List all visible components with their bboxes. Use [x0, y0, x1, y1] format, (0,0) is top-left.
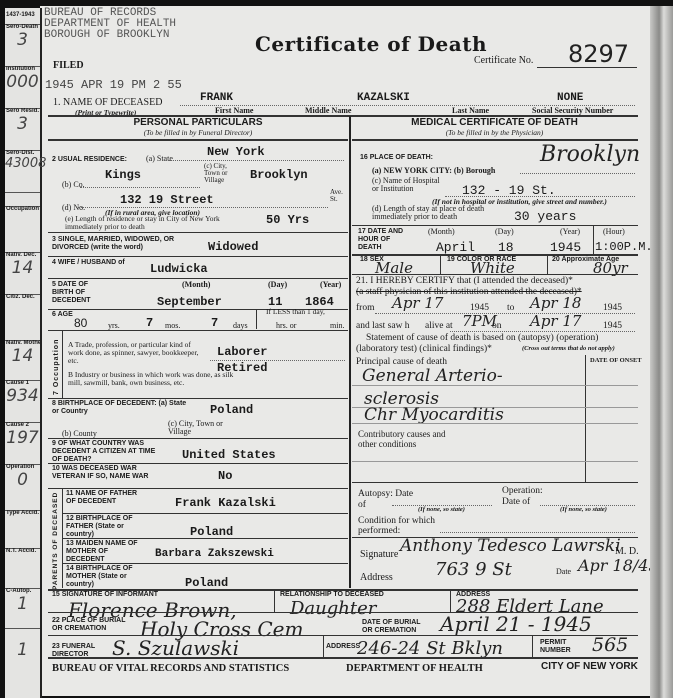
medical-heading: MEDICAL CERTIFICATE OF DEATH	[352, 117, 637, 128]
last-name: KAZALSKI	[357, 92, 410, 104]
age-years: 80	[74, 316, 87, 330]
dob-month: September	[157, 295, 222, 309]
father-birthplace: Poland	[190, 525, 233, 539]
scan-edge	[650, 0, 673, 698]
filed-label: FILED	[53, 60, 84, 71]
mother-maiden-name: Barbara Zakszewski	[155, 548, 274, 560]
mother-birthplace: Poland	[185, 576, 228, 590]
last-saw-date: Apr 17	[530, 312, 581, 330]
death-hour: 1:00P.M.	[595, 240, 653, 254]
margin-cell: Operation0	[5, 464, 40, 511]
permit-number: 565	[592, 634, 628, 656]
cert-no: 8297	[568, 40, 629, 68]
residence-state: New York	[207, 145, 265, 159]
residence-city: Brooklyn	[250, 168, 308, 182]
death-year: 1945	[550, 240, 581, 255]
margin-header: 1437-1943	[5, 8, 40, 25]
cause-line-3: Chr Myocarditis	[364, 405, 504, 425]
stay-length: 30 years	[514, 209, 576, 224]
margin-cell: Cause 2197	[5, 422, 40, 465]
footer-department: DEPARTMENT OF HEALTH	[346, 663, 483, 674]
cause-line-1: General Arterio-	[362, 366, 503, 386]
certificate-date: Apr 18/45	[578, 556, 659, 575]
physician-address: 763 9 St	[435, 559, 512, 580]
margin-cell	[5, 192, 40, 207]
death-day: 18	[498, 240, 514, 255]
age-days: 7	[211, 316, 218, 330]
margin-cell: Nativ. Mother14	[5, 340, 40, 381]
margin-cell: Sero-Death3	[5, 24, 40, 67]
filed-stamp: 1945 APR 19 PM 2 55	[45, 78, 182, 92]
footer-city: CITY OF NEW YORK	[541, 661, 638, 672]
ssn: NONE	[557, 92, 583, 104]
burial-date: April 21 - 1945	[440, 612, 592, 636]
informant-relationship: Daughter	[290, 598, 376, 619]
margin-cell: Type Accid.	[5, 510, 40, 549]
father-name: Frank Kazalski	[175, 496, 276, 510]
death-month: April	[436, 240, 475, 255]
citizenship: United States	[182, 448, 276, 462]
decedent-birthplace: Poland	[210, 403, 253, 417]
director-address: 246-24 St Bklyn	[357, 638, 503, 659]
attended-from: Apr 17	[392, 294, 443, 312]
margin-cell: Cause 1934	[5, 380, 40, 423]
death-borough: Brooklyn	[540, 142, 640, 167]
residence-street: 132 19 Street	[120, 193, 214, 207]
document-title: Certificate of Death	[255, 32, 487, 56]
margin-cell: Sero Resid.3	[5, 108, 40, 151]
margin-cell: 1	[5, 628, 40, 698]
certify-line-1: 21. I HEREBY CERTIFY that (I attended th…	[356, 276, 573, 286]
age-months: 7	[146, 316, 153, 330]
margin-cell: C-Autop.1	[5, 588, 40, 629]
margin-cell: Sero-Dist.43008	[5, 150, 40, 193]
physician-signature: Anthony Tedesco Lawrski	[400, 536, 621, 556]
scan-top-edge	[0, 0, 673, 6]
cert-no-label: Certificate No.	[474, 55, 533, 66]
residence-county: Kings	[105, 168, 141, 182]
spouse-name: Ludwicka	[150, 262, 208, 276]
footer-bureau: BUREAU OF VITAL RECORDS AND STATISTICS	[52, 663, 289, 674]
name-label: 1. NAME OF DECEASED	[53, 97, 162, 108]
margin-cell: Nativ. Dec.14	[5, 252, 40, 295]
marital-status: Widowed	[208, 240, 258, 254]
attended-to: Apr 18	[530, 294, 581, 312]
bureau-stamp: BUREAU OF RECORDS DEPARTMENT OF HEALTH B…	[44, 8, 176, 41]
first-name: FRANK	[200, 92, 233, 104]
personal-heading: PERSONAL PARTICULARS	[48, 117, 348, 128]
war-veteran: No	[218, 469, 232, 483]
residence-length: 50 Yrs	[266, 213, 309, 227]
margin-cell: Citiz. Dec.	[5, 294, 40, 341]
coding-margin: 1437-1943 Sero-Death3 Institution000 Ser…	[5, 8, 42, 698]
occupation-trade: Laborer	[217, 345, 267, 359]
margin-cell: Occupation	[5, 206, 40, 253]
margin-cell: Institution000	[5, 66, 40, 109]
margin-cell: N.T. Accid.	[5, 548, 40, 589]
